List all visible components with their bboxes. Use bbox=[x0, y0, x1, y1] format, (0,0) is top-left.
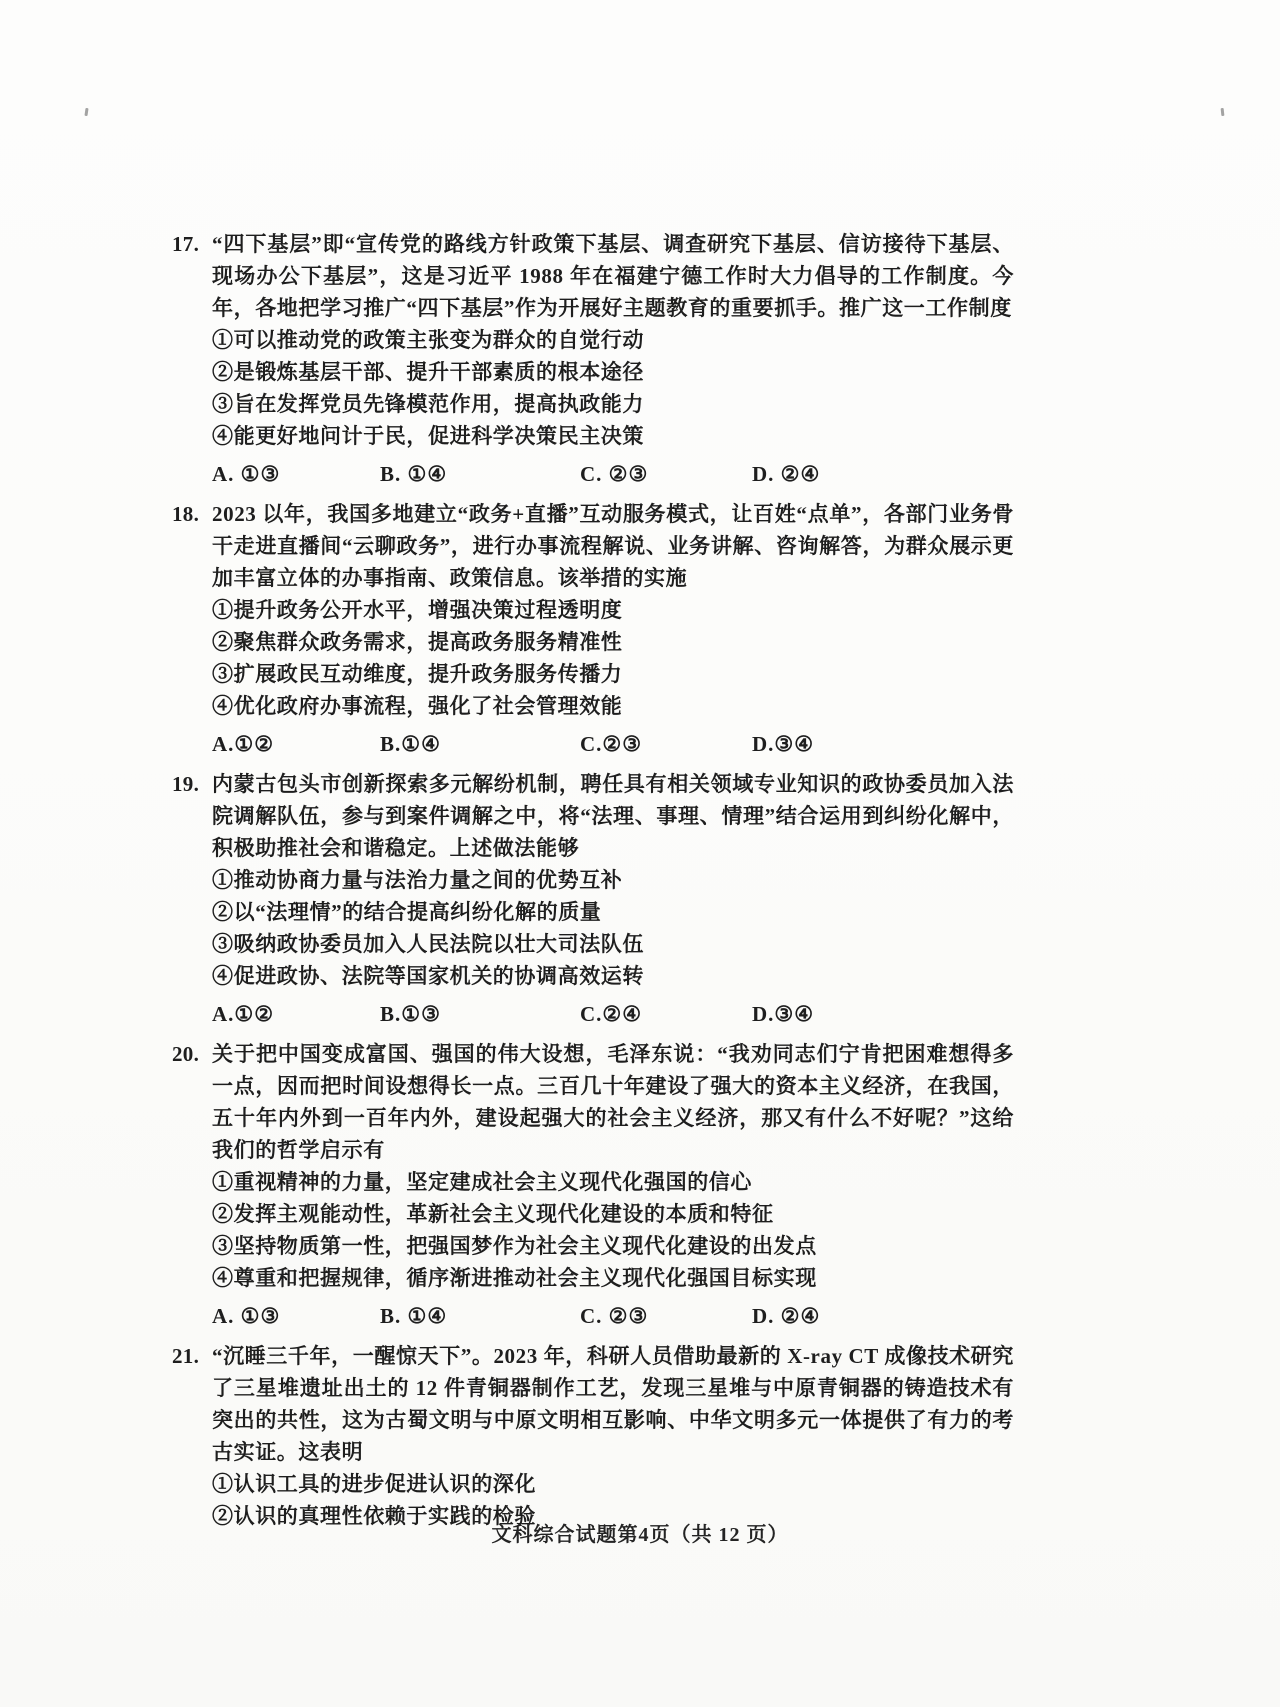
question-body: 内蒙古包头市创新探索多元解纷机制，聘任具有相关领域专业知识的政协委员加入法院调解… bbox=[212, 768, 1014, 1038]
question-stem: “沉睡三千年，一醒惊天下”。2023 年，科研人员借助最新的 X-ray CT … bbox=[212, 1340, 1014, 1468]
choice-a: A.①② bbox=[212, 998, 380, 1030]
choice-d: D. ②④ bbox=[752, 1300, 820, 1332]
question-number: 20. bbox=[172, 1038, 212, 1070]
question-body: 关于把中国变成富国、强国的伟大设想，毛泽东说：“我劝同志们宁肯把困难想得多一点，… bbox=[212, 1038, 1014, 1340]
question-number: 17. bbox=[172, 228, 212, 260]
question-item: ③旨在发挥党员先锋模范作用，提高执政能力 bbox=[212, 388, 1014, 420]
question-number: 19. bbox=[172, 768, 212, 800]
choices-row: A.①②B.①④C.②③D.③④ bbox=[212, 728, 1014, 760]
question-item: ①推动协商力量与法治力量之间的优势互补 bbox=[212, 864, 1014, 896]
page-footer: 文科综合试题第4页（共 12 页） bbox=[0, 1518, 1280, 1547]
choice-a: A. ①③ bbox=[212, 458, 380, 490]
choice-b: B.①④ bbox=[380, 728, 580, 760]
question-stem: “四下基层”即“宣传党的路线方针政策下基层、调查研究下基层、信访接待下基层、现场… bbox=[212, 228, 1014, 324]
choice-b: B. ①④ bbox=[380, 1300, 580, 1332]
question-item: ①提升政务公开水平，增强决策过程透明度 bbox=[212, 594, 1014, 626]
question-item: ④优化政府办事流程，强化了社会管理效能 bbox=[212, 690, 1014, 722]
question-stem: 关于把中国变成富国、强国的伟大设想，毛泽东说：“我劝同志们宁肯把困难想得多一点，… bbox=[212, 1038, 1014, 1166]
choices-row: A. ①③B. ①④C. ②③D. ②④ bbox=[212, 1300, 1014, 1332]
question-21: 21. “沉睡三千年，一醒惊天下”。2023 年，科研人员借助最新的 X-ray… bbox=[172, 1340, 1014, 1532]
choice-b: B. ①④ bbox=[380, 458, 580, 490]
choice-a: A.①② bbox=[212, 728, 380, 760]
question-item: ②以“法理情”的结合提高纠纷化解的质量 bbox=[212, 896, 1014, 928]
choice-d: D.③④ bbox=[752, 998, 814, 1030]
question-item: ③坚持物质第一性，把强国梦作为社会主义现代化建设的出发点 bbox=[212, 1230, 1014, 1262]
question-item: ④尊重和把握规律，循序渐进推动社会主义现代化强国目标实现 bbox=[212, 1262, 1014, 1294]
question-item: ①可以推动党的政策主张变为群众的自觉行动 bbox=[212, 324, 1014, 356]
question-19: 19. 内蒙古包头市创新探索多元解纷机制，聘任具有相关领域专业知识的政协委员加入… bbox=[172, 768, 1014, 1038]
question-item: ②是锻炼基层干部、提升干部素质的根本途径 bbox=[212, 356, 1014, 388]
choice-d: D. ②④ bbox=[752, 458, 820, 490]
scan-mark-right bbox=[1221, 108, 1225, 116]
question-body: “四下基层”即“宣传党的路线方针政策下基层、调查研究下基层、信访接待下基层、现场… bbox=[212, 228, 1014, 498]
exam-page: 17. “四下基层”即“宣传党的路线方针政策下基层、调查研究下基层、信访接待下基… bbox=[0, 0, 1280, 1707]
question-stem: 2023 以年，我国多地建立“政务+直播”互动服务模式，让百姓“点单”，各部门业… bbox=[212, 498, 1014, 594]
choice-c: C. ②③ bbox=[580, 458, 752, 490]
question-item: ②聚焦群众政务需求，提高政务服务精准性 bbox=[212, 626, 1014, 658]
question-18: 18. 2023 以年，我国多地建立“政务+直播”互动服务模式，让百姓“点单”，… bbox=[172, 498, 1014, 768]
question-number: 21. bbox=[172, 1340, 212, 1372]
question-item: ③吸纳政协委员加入人民法院以壮大司法队伍 bbox=[212, 928, 1014, 960]
question-item: ③扩展政民互动维度，提升政务服务传播力 bbox=[212, 658, 1014, 690]
choice-c: C.②④ bbox=[580, 998, 752, 1030]
choice-b: B.①③ bbox=[380, 998, 580, 1030]
question-item: ④能更好地问计于民，促进科学决策民主决策 bbox=[212, 420, 1014, 452]
question-item: ①重视精神的力量，坚定建成社会主义现代化强国的信心 bbox=[212, 1166, 1014, 1198]
choice-d: D.③④ bbox=[752, 728, 814, 760]
question-stem: 内蒙古包头市创新探索多元解纷机制，聘任具有相关领域专业知识的政协委员加入法院调解… bbox=[212, 768, 1014, 864]
choices-row: A.①②B.①③C.②④D.③④ bbox=[212, 998, 1014, 1030]
question-item: ①认识工具的进步促进认识的深化 bbox=[212, 1468, 1014, 1500]
scan-mark-left bbox=[84, 108, 88, 116]
question-number: 18. bbox=[172, 498, 212, 530]
choice-c: C. ②③ bbox=[580, 1300, 752, 1332]
choice-c: C.②③ bbox=[580, 728, 752, 760]
question-body: 2023 以年，我国多地建立“政务+直播”互动服务模式，让百姓“点单”，各部门业… bbox=[212, 498, 1014, 768]
question-body: “沉睡三千年，一醒惊天下”。2023 年，科研人员借助最新的 X-ray CT … bbox=[212, 1340, 1014, 1532]
question-item: ②发挥主观能动性，革新社会主义现代化建设的本质和特征 bbox=[212, 1198, 1014, 1230]
choices-row: A. ①③B. ①④C. ②③D. ②④ bbox=[212, 458, 1014, 490]
question-17: 17. “四下基层”即“宣传党的路线方针政策下基层、调查研究下基层、信访接待下基… bbox=[172, 228, 1014, 498]
choice-a: A. ①③ bbox=[212, 1300, 380, 1332]
question-20: 20. 关于把中国变成富国、强国的伟大设想，毛泽东说：“我劝同志们宁肯把困难想得… bbox=[172, 1038, 1014, 1340]
question-item: ④促进政协、法院等国家机关的协调高效运转 bbox=[212, 960, 1014, 992]
